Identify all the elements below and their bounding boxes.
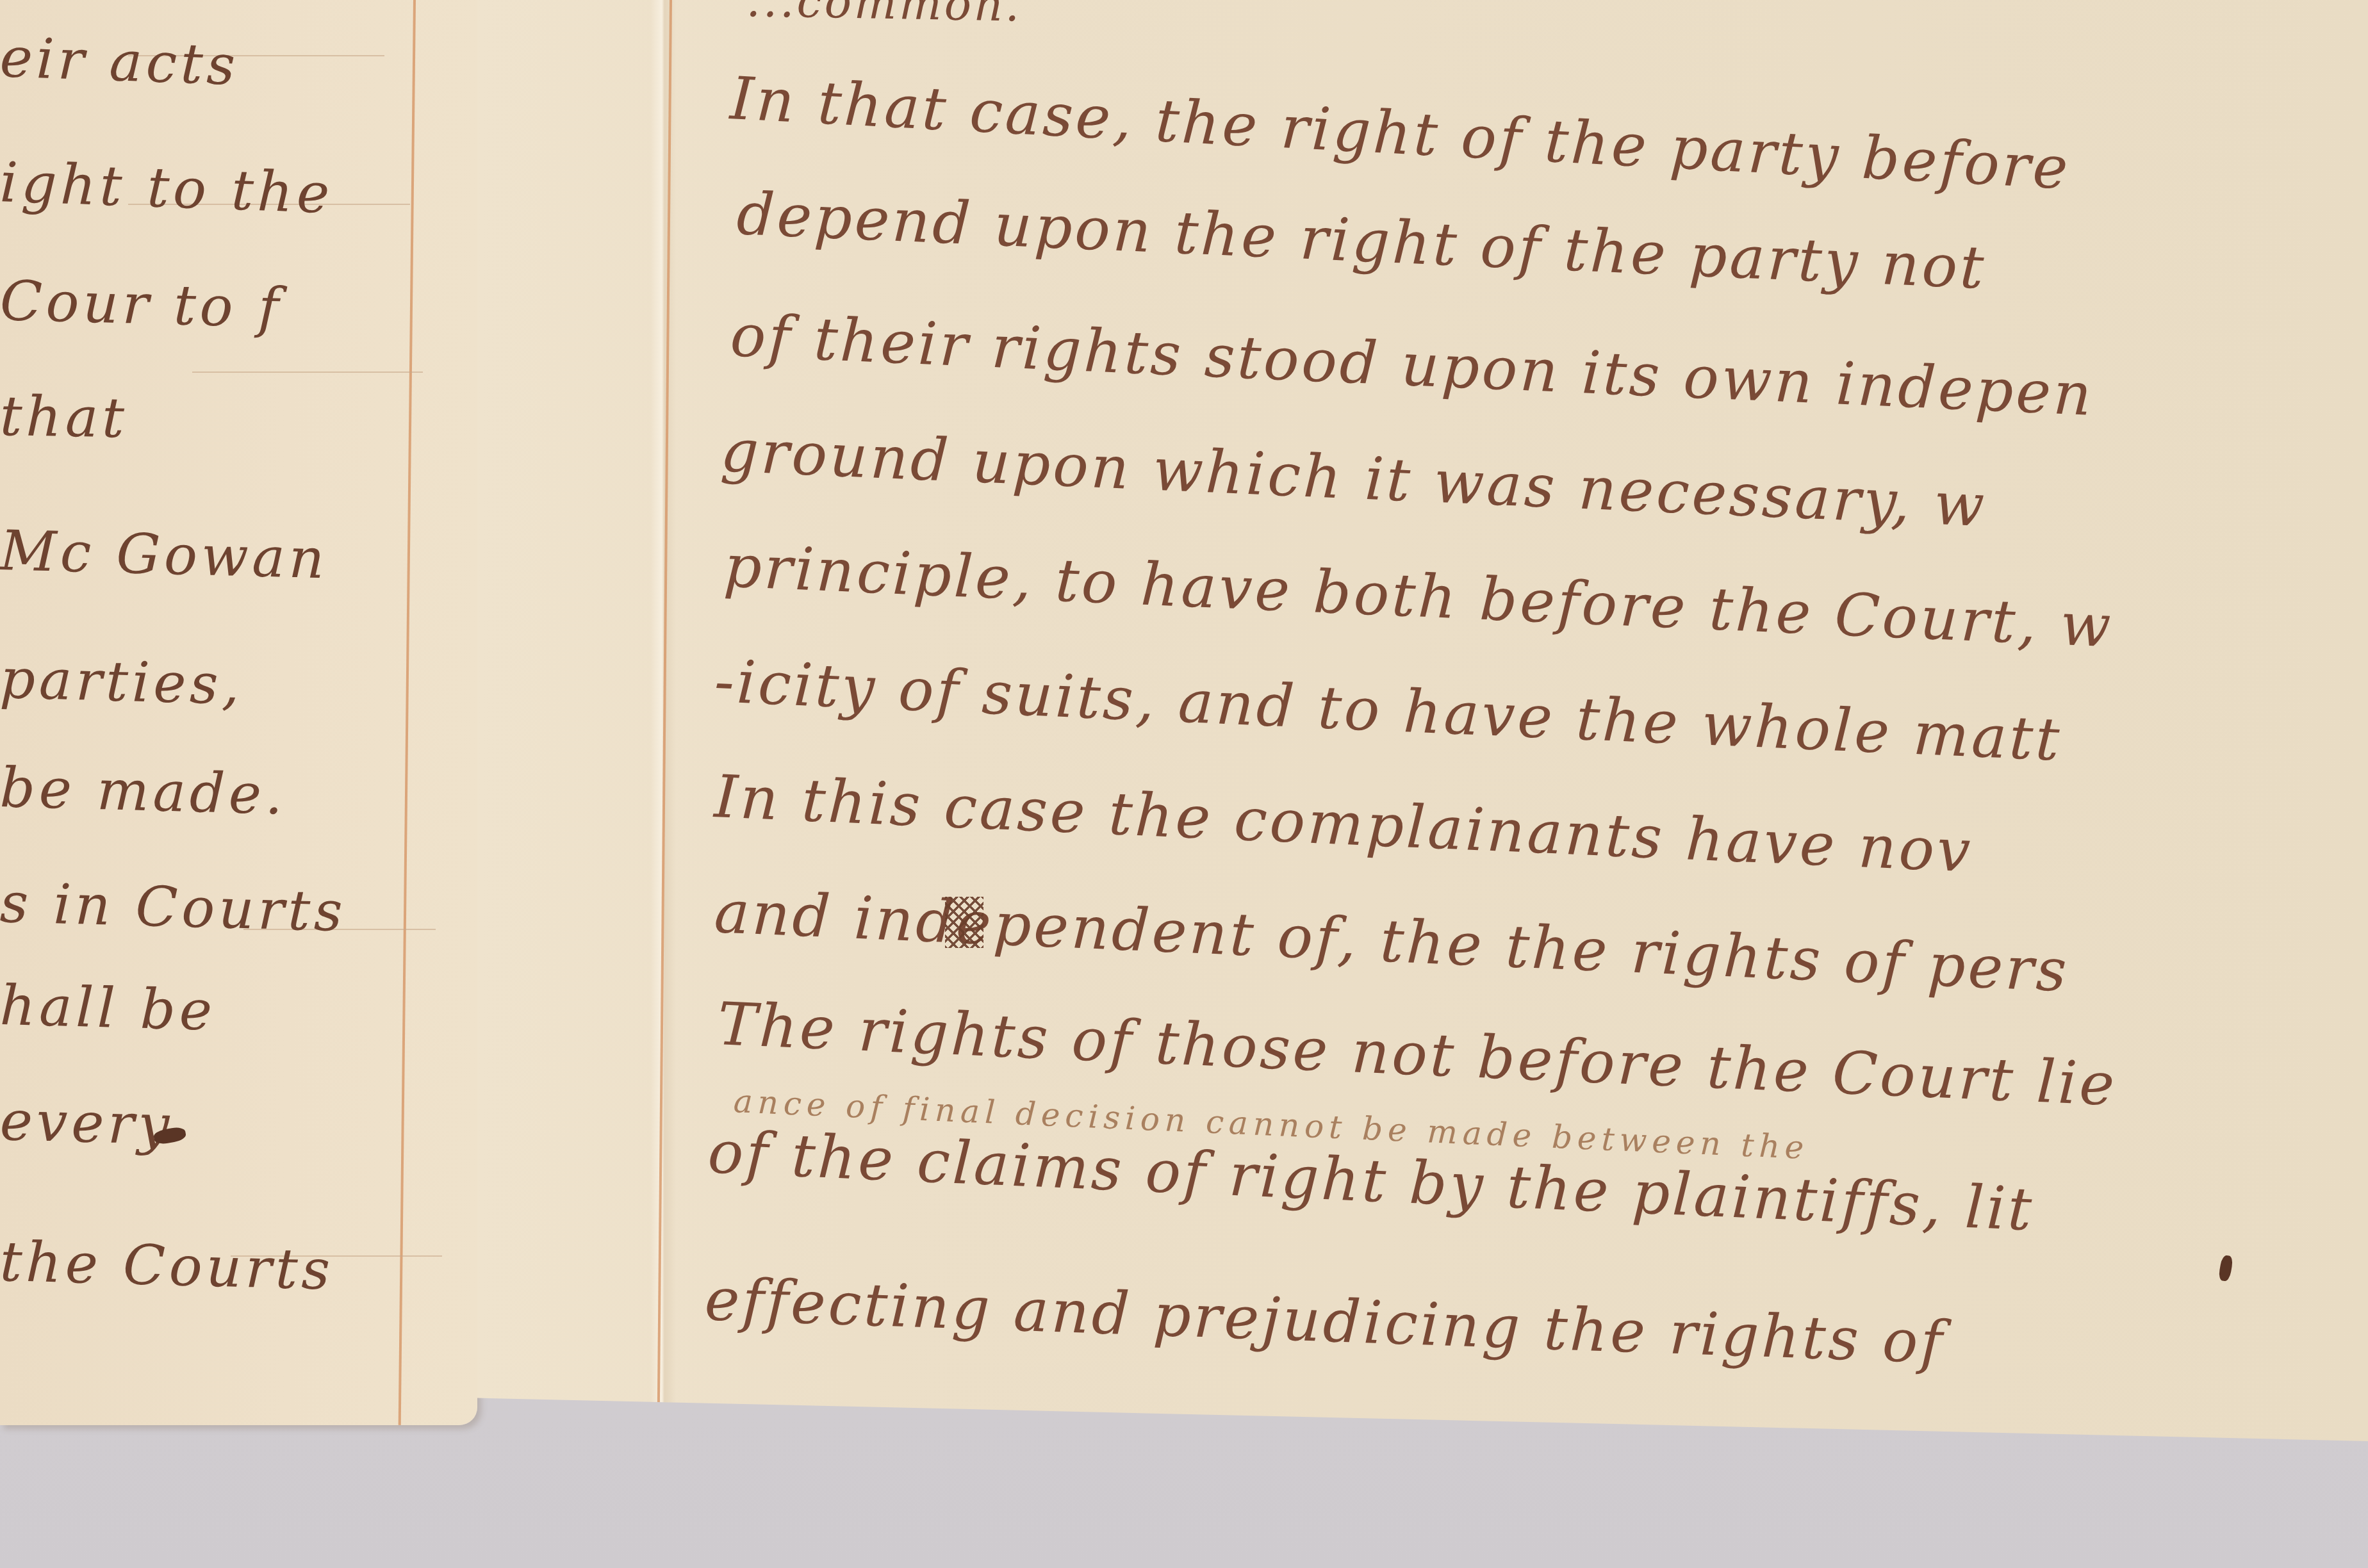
left-page: eir acts ight to the Cour to f that Mc G… (0, 0, 477, 1425)
right-page-line-2: depend upon the right of the party not (736, 179, 1988, 302)
right-page: ...common. In that case, the right of th… (477, 0, 2368, 1441)
left-page-margin-rule (399, 0, 416, 1425)
right-page-line-7: In this case the complainants have nov (713, 762, 1975, 886)
right-page-line-8: and independent of, the the rights of pe… (713, 878, 2071, 1005)
right-page-line-6: -icity of suits, and to have the whole m… (713, 647, 2064, 774)
right-page-line-3: of their rights stood upon its own indep… (729, 301, 2096, 429)
left-page-line-2: ight to the (0, 151, 334, 226)
left-page-line-6: parties, (0, 647, 244, 717)
right-page-line-5: principle, to have both before the Court… (723, 532, 2115, 661)
left-page-line-7: be made. (0, 756, 288, 828)
crossed-out-word (945, 897, 983, 948)
ink-blot (2218, 1255, 2234, 1282)
right-page-line-4: ground upon which it was necessary, w (719, 416, 1989, 540)
right-page-top-fragment: ...common. (746, 0, 1023, 32)
left-page-line-10: every (0, 1089, 174, 1157)
left-page-line-1: eir acts (0, 26, 240, 98)
right-page-line-11: effecting and prejudicing the rights of (703, 1265, 1946, 1377)
left-page-line-9: hall be (0, 974, 217, 1043)
left-page-line-3: Cour to f (0, 269, 283, 341)
left-page-line-8: s in Courts (0, 871, 347, 944)
left-page-line-5: Mc Gowan (0, 519, 329, 591)
ruled-line (192, 372, 423, 373)
left-page-line-11: the Courts (0, 1230, 334, 1303)
right-page-line-1: In that case, the right of the party bef… (728, 64, 2072, 202)
left-page-line-4: that (0, 384, 129, 450)
